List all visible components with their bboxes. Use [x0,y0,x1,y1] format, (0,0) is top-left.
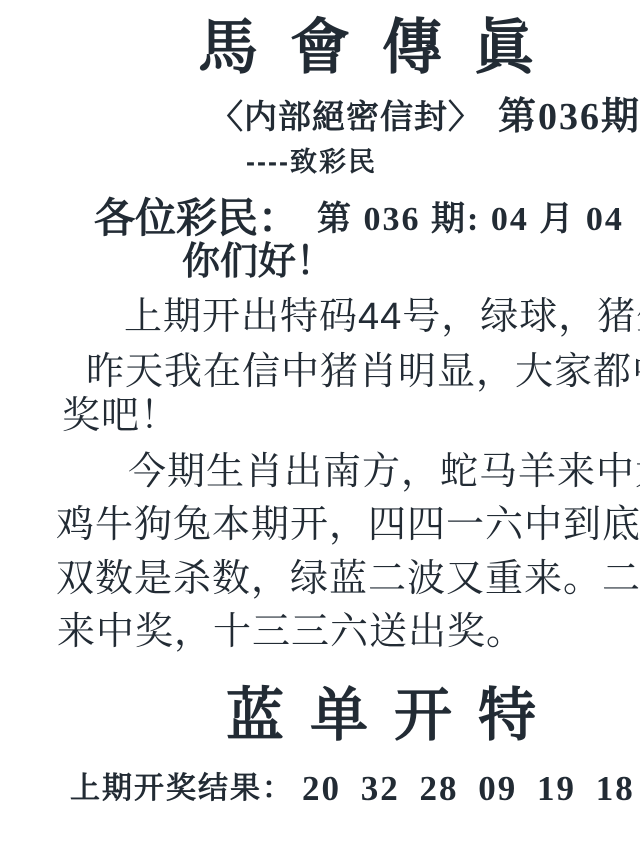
prediction-headline: 蓝单开特 [226,687,562,745]
fax-document: 馬會傳眞 〈内部絕密信封〉 第036期 ----致彩民 各位彩民： 第 036 … [0,0,640,843]
envelope-note: 〈内部絕密信封〉 [210,98,482,136]
paragraph1-line-2: 昨天我在信中猪肖明显，大家都中了大 [86,353,640,391]
results-label: 上期开奖结果： [70,774,294,806]
previous-results-line: 上期开奖结果： 20 32 28 09 19 18 特44 [70,771,640,806]
issue-number: 第036期 [498,98,640,136]
document-title: 馬會傳眞 [198,18,566,78]
paragraph2-line-3: 双数是杀数，绿蓝二波又重来。二五一十 [56,560,640,598]
dedication-line: ----致彩民 [246,149,377,176]
results-numbers: 20 32 28 09 19 18 [302,771,635,806]
issue-date: 第 036 期: 04 月 04 日 星期六 [317,203,640,239]
paragraph1-line-1: 上期开出特码44号，绿球，猪生肖。 [124,298,640,336]
paragraph1-line-3: 奖吧！ [62,397,179,435]
paragraph2-line-4: 来中奖，十三三六送出奖。 [57,613,525,651]
paragraph2-line-2: 鸡牛狗兔本期开，四四一六中到底。红波 [56,506,640,544]
salutation-line: 各位彩民： 第 036 期: 04 月 04 日 星期六 [94,198,640,239]
greeting-label: 各位彩民： [94,198,299,239]
document-subtitle: 〈内部絕密信封〉 第036期 [210,98,640,136]
greeting-hello: 你们好！ [182,243,334,281]
paragraph2-line-1: 今期生肖出南方，蛇马羊来中大奖。 [128,453,640,491]
